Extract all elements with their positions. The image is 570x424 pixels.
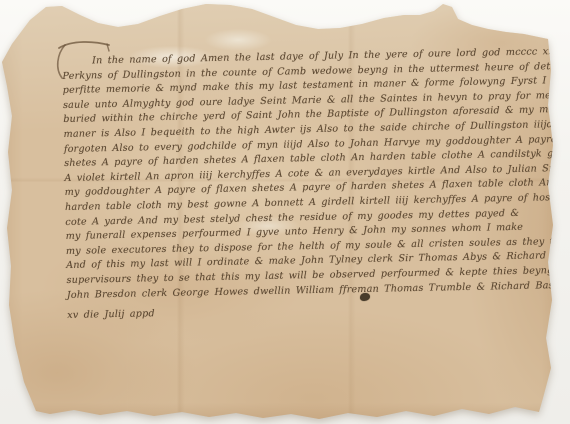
parchment-shadow: In the name of god Amen the last daye of… <box>0 0 570 424</box>
manuscript-text: In the name of god Amen the last daye of… <box>62 45 561 324</box>
photo-of-manuscript: In the name of god Amen the last daye of… <box>0 0 570 424</box>
parchment-sheet: In the name of god Amen the last daye of… <box>0 0 570 424</box>
